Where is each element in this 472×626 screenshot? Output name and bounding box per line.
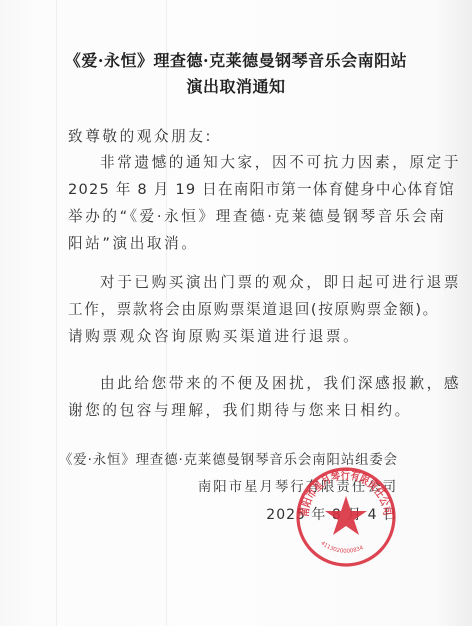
notice-subtitle: 演出取消通知	[0, 74, 472, 97]
svg-text:4113020000834: 4113020000834	[319, 540, 364, 554]
salutation: 致尊敬的观众朋友:	[68, 128, 213, 146]
paragraph-2-line-3: 请购票观众咨询原购买渠道进行退票。	[68, 328, 360, 346]
paragraph-2-line-2: 工作，票款将会由原购票渠道退回(按原购票金额)。	[68, 301, 439, 319]
paragraph-2-line-1: 对于已购买演出门票的观众，即日起可进行退票	[100, 274, 461, 292]
notice-title: 《爱·永恒》理查德·克莱德曼钢琴音乐会南阳站	[0, 48, 472, 71]
paragraph-1-line-2: 2025 年 8 月 19 日在南阳市第一体育健身中心体育馆	[68, 181, 455, 199]
paragraph-1-line-4: 阳站”演出取消。	[68, 235, 199, 253]
document-page: 《爱·永恒》理查德·克莱德曼钢琴音乐会南阳站 演出取消通知 致尊敬的观众朋友: …	[0, 0, 472, 626]
signature-company: 南阳市星月琴行有限责任公司	[198, 479, 398, 497]
paragraph-3-line-2: 谢您的包容与理解，我们期待与您来日相约。	[68, 402, 412, 420]
paragraph-3-line-1: 由此给您带来的不便及困扰，我们深感报歉，感	[100, 375, 461, 393]
signature-organizer: 《爱·永恒》理查德·克莱德曼钢琴音乐会南阳站组委会	[59, 452, 398, 470]
signature-date: 2025 年 8 月 4 日	[266, 506, 398, 524]
paragraph-1-line-1: 非常遗憾的通知大家，因不可抗力因素，原定于	[100, 154, 461, 172]
paragraph-1-line-3: 举办的“《爱·永恒》理查德·克莱德曼钢琴音乐会南	[68, 208, 446, 226]
